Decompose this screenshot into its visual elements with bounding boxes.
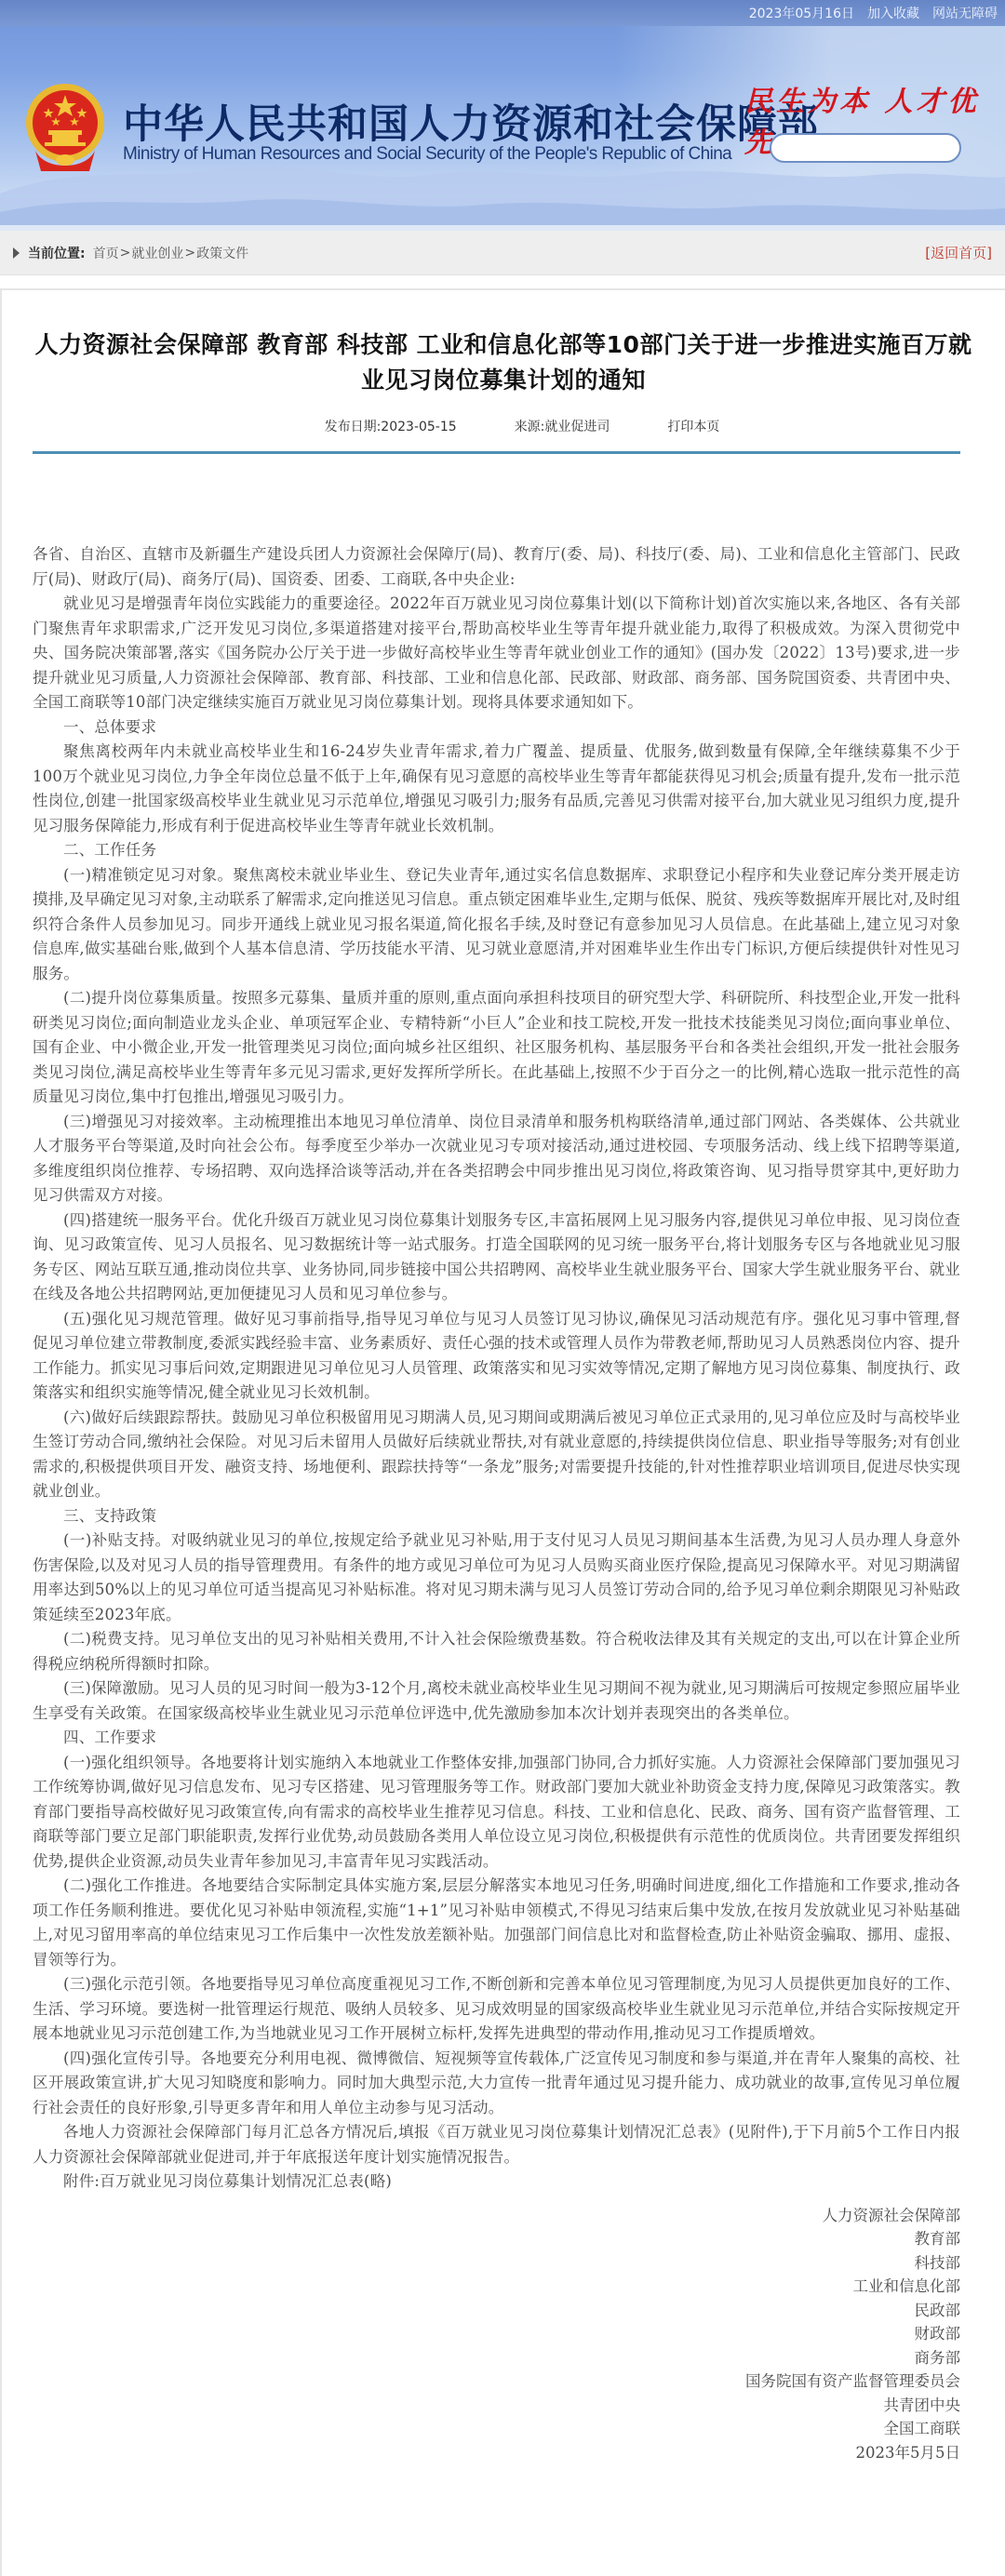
breadcrumb-label: 当前位置: xyxy=(28,244,86,262)
title-divider xyxy=(33,451,960,454)
signer: 民政部 xyxy=(2,2299,960,2323)
article-body: 各省、自治区、直辖市及新疆生产建设兵团人力资源社会保障厅(局)、教育厅(委、局)… xyxy=(2,542,1005,2195)
paragraph: (二)税费支持。见习单位支出的见习补贴相关费用,不计入社会保险缴费基数。符合税收… xyxy=(33,1627,960,1676)
paragraph: (六)做好后续跟踪帮扶。鼓励见习单位积极留用见习期满人员,见习期间或期满后被见习… xyxy=(33,1406,960,1504)
section-heading: 二、工作任务 xyxy=(33,838,960,863)
breadcrumb-home[interactable]: 首页 xyxy=(93,244,119,262)
site-title-cn[interactable]: 中华人民共和国人力资源和社会保障部 xyxy=(123,93,819,150)
search-box xyxy=(770,133,961,163)
site-banner: 2023年05月16日 加入收藏 网站无障碍 中华人民共和国人力资源和社会保障部… xyxy=(0,0,1005,231)
accessibility-link[interactable]: 网站无障碍 xyxy=(932,4,998,22)
paragraph: (一)补贴支持。对吸纳就业见习的单位,按规定给予就业见习补贴,用于支付见习人员见… xyxy=(33,1528,960,1627)
site-title-en: Ministry of Human Resources and Social S… xyxy=(123,144,731,165)
breadcrumb: 当前位置: 首页 > 就业创业 > 政策文件 [返回首页] xyxy=(0,231,1005,275)
add-favorite-link[interactable]: 加入收藏 xyxy=(867,4,919,22)
signer: 共青团中央 xyxy=(2,2394,960,2418)
paragraph: 聚焦离校两年内未就业高校毕业生和16-24岁失业青年需求,着力广覆盖、提质量、优… xyxy=(33,740,960,838)
article-meta: 发布日期:2023-05-15 来源:就业促进司 打印本页 xyxy=(2,417,1005,435)
attachment-note: 附件:百万就业见习岗位募集计划情况汇总表(略) xyxy=(33,2169,960,2195)
publish-date: 发布日期:2023-05-15 xyxy=(325,417,457,435)
signing-date: 2023年5月5日 xyxy=(2,2441,960,2465)
section-heading: 三、支持政策 xyxy=(33,1504,960,1529)
paragraph: (三)增强见习对接效率。主动梳理推出本地见习单位清单、岗位目录清单和服务机构联络… xyxy=(33,1110,960,1208)
article-container: 人力资源社会保障部 教育部 科技部 工业和信息化部等10部门关于进一步推进实施百… xyxy=(0,288,1005,2576)
paragraph: (二)强化工作推进。各地要结合实际制定具体实施方案,层层分解落实本地见习任务,明… xyxy=(33,1874,960,1972)
breadcrumb-separator: > xyxy=(120,246,131,260)
signer: 财政部 xyxy=(2,2322,960,2346)
search-input[interactable] xyxy=(771,135,962,161)
signatories: 人力资源社会保障部 教育部 科技部 工业和信息化部 民政部 财政部 商务部 国务… xyxy=(2,2204,1005,2465)
section-heading: 一、总体要求 xyxy=(33,715,960,741)
breadcrumb-policy-docs[interactable]: 政策文件 xyxy=(196,244,248,262)
paragraph: (四)搭建统一服务平台。优化升级百万就业见习岗位募集计划服务专区,丰富拓展网上见… xyxy=(33,1208,960,1307)
signer: 教育部 xyxy=(2,2227,960,2251)
current-date: 2023年05月16日 xyxy=(749,4,854,22)
breadcrumb-employment[interactable]: 就业创业 xyxy=(131,244,183,262)
signer: 商务部 xyxy=(2,2346,960,2370)
top-utility-bar: 2023年05月16日 加入收藏 网站无障碍 xyxy=(0,0,1005,26)
breadcrumb-separator: > xyxy=(184,246,195,260)
signer: 国务院国有资产监督管理委员会 xyxy=(2,2369,960,2394)
paragraph: 就业见习是增强青年岗位实践能力的重要途径。2022年百万就业见习岗位募集计划(以… xyxy=(33,592,960,715)
salutation: 各省、自治区、直辖市及新疆生产建设兵团人力资源社会保障厅(局)、教育厅(委、局)… xyxy=(33,542,960,592)
paragraph: (一)强化组织领导。各地要将计划实施纳入本地就业工作整体安排,加强部门协同,合力… xyxy=(33,1751,960,1875)
back-home-link[interactable]: [返回首页] xyxy=(925,243,992,262)
paragraph: 各地人力资源社会保障部门每月汇总各方情况后,填报《百万就业见习岗位募集计划情况汇… xyxy=(33,2120,960,2169)
paragraph: (三)强化示范引领。各地要指导见习单位高度重视见习工作,不断创新和完善本单位见习… xyxy=(33,1972,960,2047)
print-page-button[interactable]: 打印本页 xyxy=(667,417,719,435)
paragraph: (三)保障激励。见习人员的见习时间一般为3-12个月,离校未就业高校毕业生见习期… xyxy=(33,1676,960,1726)
signer: 人力资源社会保障部 xyxy=(2,2204,960,2228)
paragraph: (四)强化宣传引导。各地要充分利用电视、微博微信、短视频等宣传载体,广泛宣传见习… xyxy=(33,2047,960,2121)
article-source: 来源:就业促进司 xyxy=(515,417,610,435)
signer: 科技部 xyxy=(2,2251,960,2276)
paragraph: (五)强化见习规范管理。做好见习事前指导,指导见习单位与见习人员签订见习协议,确… xyxy=(33,1307,960,1406)
signer: 全国工商联 xyxy=(2,2417,960,2441)
section-heading: 四、工作要求 xyxy=(33,1726,960,1751)
signer: 工业和信息化部 xyxy=(2,2275,960,2299)
paragraph: (一)精准锁定见习对象。聚焦离校未就业毕业生、登记失业青年,通过实名信息数据库、… xyxy=(33,863,960,987)
breadcrumb-arrow-icon xyxy=(13,247,20,259)
article-title: 人力资源社会保障部 教育部 科技部 工业和信息化部等10部门关于进一步推进实施百… xyxy=(2,290,1005,398)
paragraph: (二)提升岗位募集质量。按照多元募集、量质并重的原则,重点面向承担科技项目的研究… xyxy=(33,986,960,1110)
national-emblem-icon[interactable] xyxy=(22,80,108,173)
